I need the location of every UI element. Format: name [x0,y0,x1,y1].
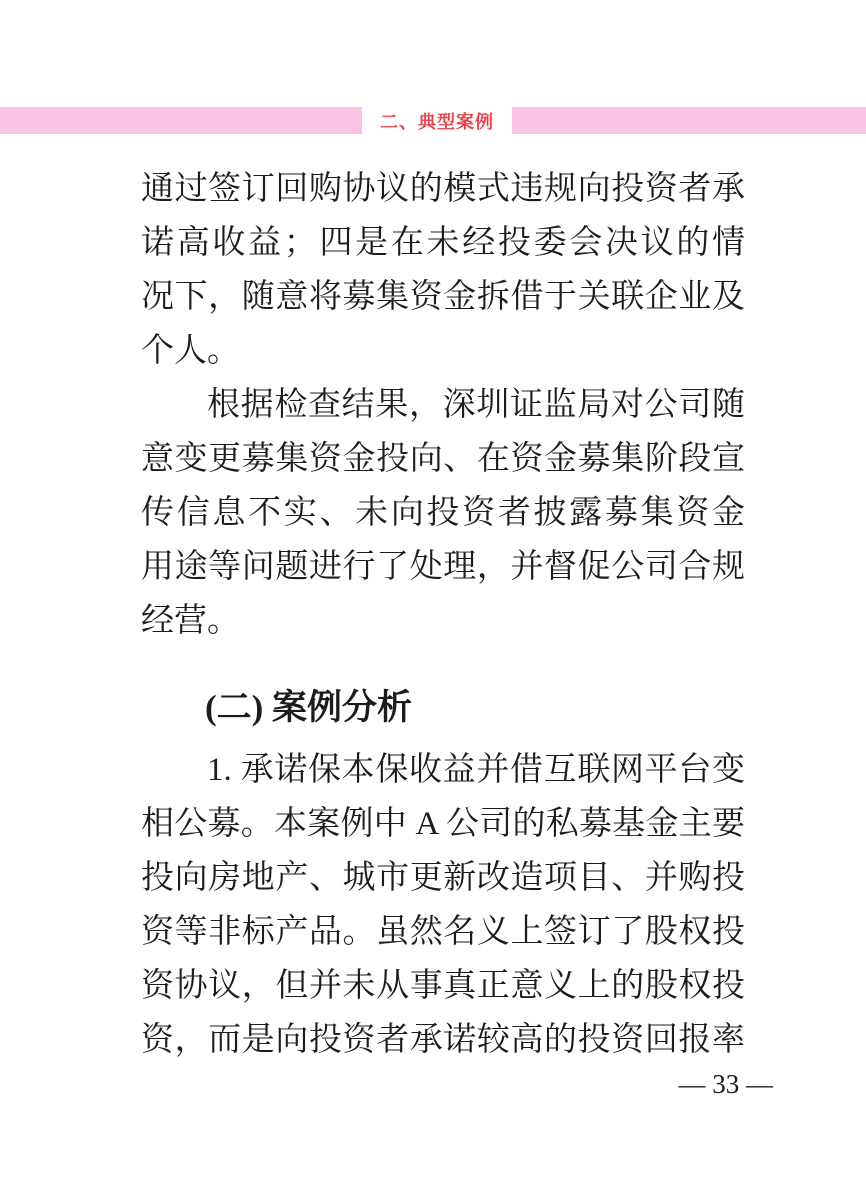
page-body-text: 通过签订回购协议的模式违规向投资者承 诺高收益；四是在未经投委会决议的情 况下，… [141,162,745,1067]
text-line: 意变更募集资金投向、在资金募集阶段宣 [141,432,745,486]
text-line: 相公募。本案例中 A 公司的私募基金主要 [141,797,745,851]
text-line: 诺高收益；四是在未经投委会决议的情 [141,216,745,270]
text-line: 传信息不实、未向投资者披露募集资金 [141,486,745,540]
header-band-right-segment [512,107,866,134]
text-line: 根据检查结果，深圳证监局对公司随 [141,378,745,432]
text-line: 经营。 [141,594,745,648]
text-line: 通过签订回购协议的模式违规向投资者承 [141,162,745,216]
text-line: 资，而是向投资者承诺较高的投资回报率 [141,1013,745,1067]
chapter-header-band: 二、典型案例 [0,107,866,134]
chapter-title: 二、典型案例 [362,107,512,134]
text-line: 资等非标产品。虽然名义上签订了股权投 [141,905,745,959]
header-band-left-segment [0,107,362,134]
text-line: 投向房地产、城市更新改造项目、并购投 [141,851,745,905]
section-heading: (二) 案例分析 [141,681,745,735]
text-line: 1. 承诺保本保收益并借互联网平台变 [141,743,745,797]
text-line: 个人。 [141,324,745,378]
page-number: — 33 — [0,1068,866,1100]
text-line: 况下，随意将募集资金拆借于关联企业及 [141,270,745,324]
text-line: 资协议，但并未从事真正意义上的股权投 [141,959,745,1013]
text-line: 用途等问题进行了处理，并督促公司合规 [141,540,745,594]
